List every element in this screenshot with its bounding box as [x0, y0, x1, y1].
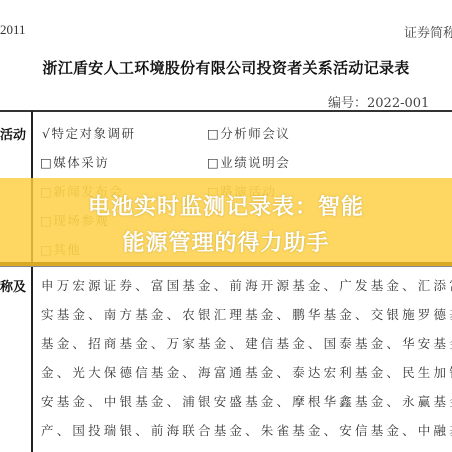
header-security-label: 证券简称: [404, 22, 452, 41]
document-title: 浙江盾安人工环境股份有限公司投资者关系活动记录表: [0, 57, 452, 78]
activity-row-label: 活动: [0, 124, 26, 143]
participants-line-1: 申万宏源证券、富国基金、前海开源基金、广发基金、汇添富: [41, 276, 452, 294]
row-separator: [0, 266, 452, 267]
option-analyst-meeting: □分析师会议: [207, 124, 290, 142]
participants-row-label: 称及: [0, 276, 26, 295]
option-specific-research: √特定对象调研: [42, 124, 135, 142]
table-top-border: [0, 110, 452, 112]
table-column-divider: [31, 111, 33, 452]
participants-line-6: 产、国投瑞银、前海联合基金、朱雀基金、安信基金、中融基: [41, 421, 452, 439]
participants-line-5: 安基金、中银基金、浦银安盛基金、摩根华鑫基金、永赢基金: [41, 392, 452, 410]
participants-line-2: 实基金、南方基金、农银汇理基金、鹏华基金、交银施罗德基: [41, 305, 452, 323]
participants-line-4: 金、光大保德信基金、海富通基金、泰达宏利基金、民生加银: [41, 363, 452, 381]
banner-title-line1: 电池实时监测记录表：智能: [0, 190, 452, 221]
banner-title-line2: 能源管理的得力助手: [0, 226, 452, 257]
header-code: 2011: [0, 22, 26, 38]
document-number: 编号：2022-001: [328, 92, 429, 111]
option-media-interview: □媒体采访: [40, 153, 109, 171]
option-earnings-briefing: □业绩说明会: [207, 153, 290, 171]
participants-line-3: 基金、招商基金、万家基金、建信基金、国泰基金、华安基金: [41, 334, 452, 352]
